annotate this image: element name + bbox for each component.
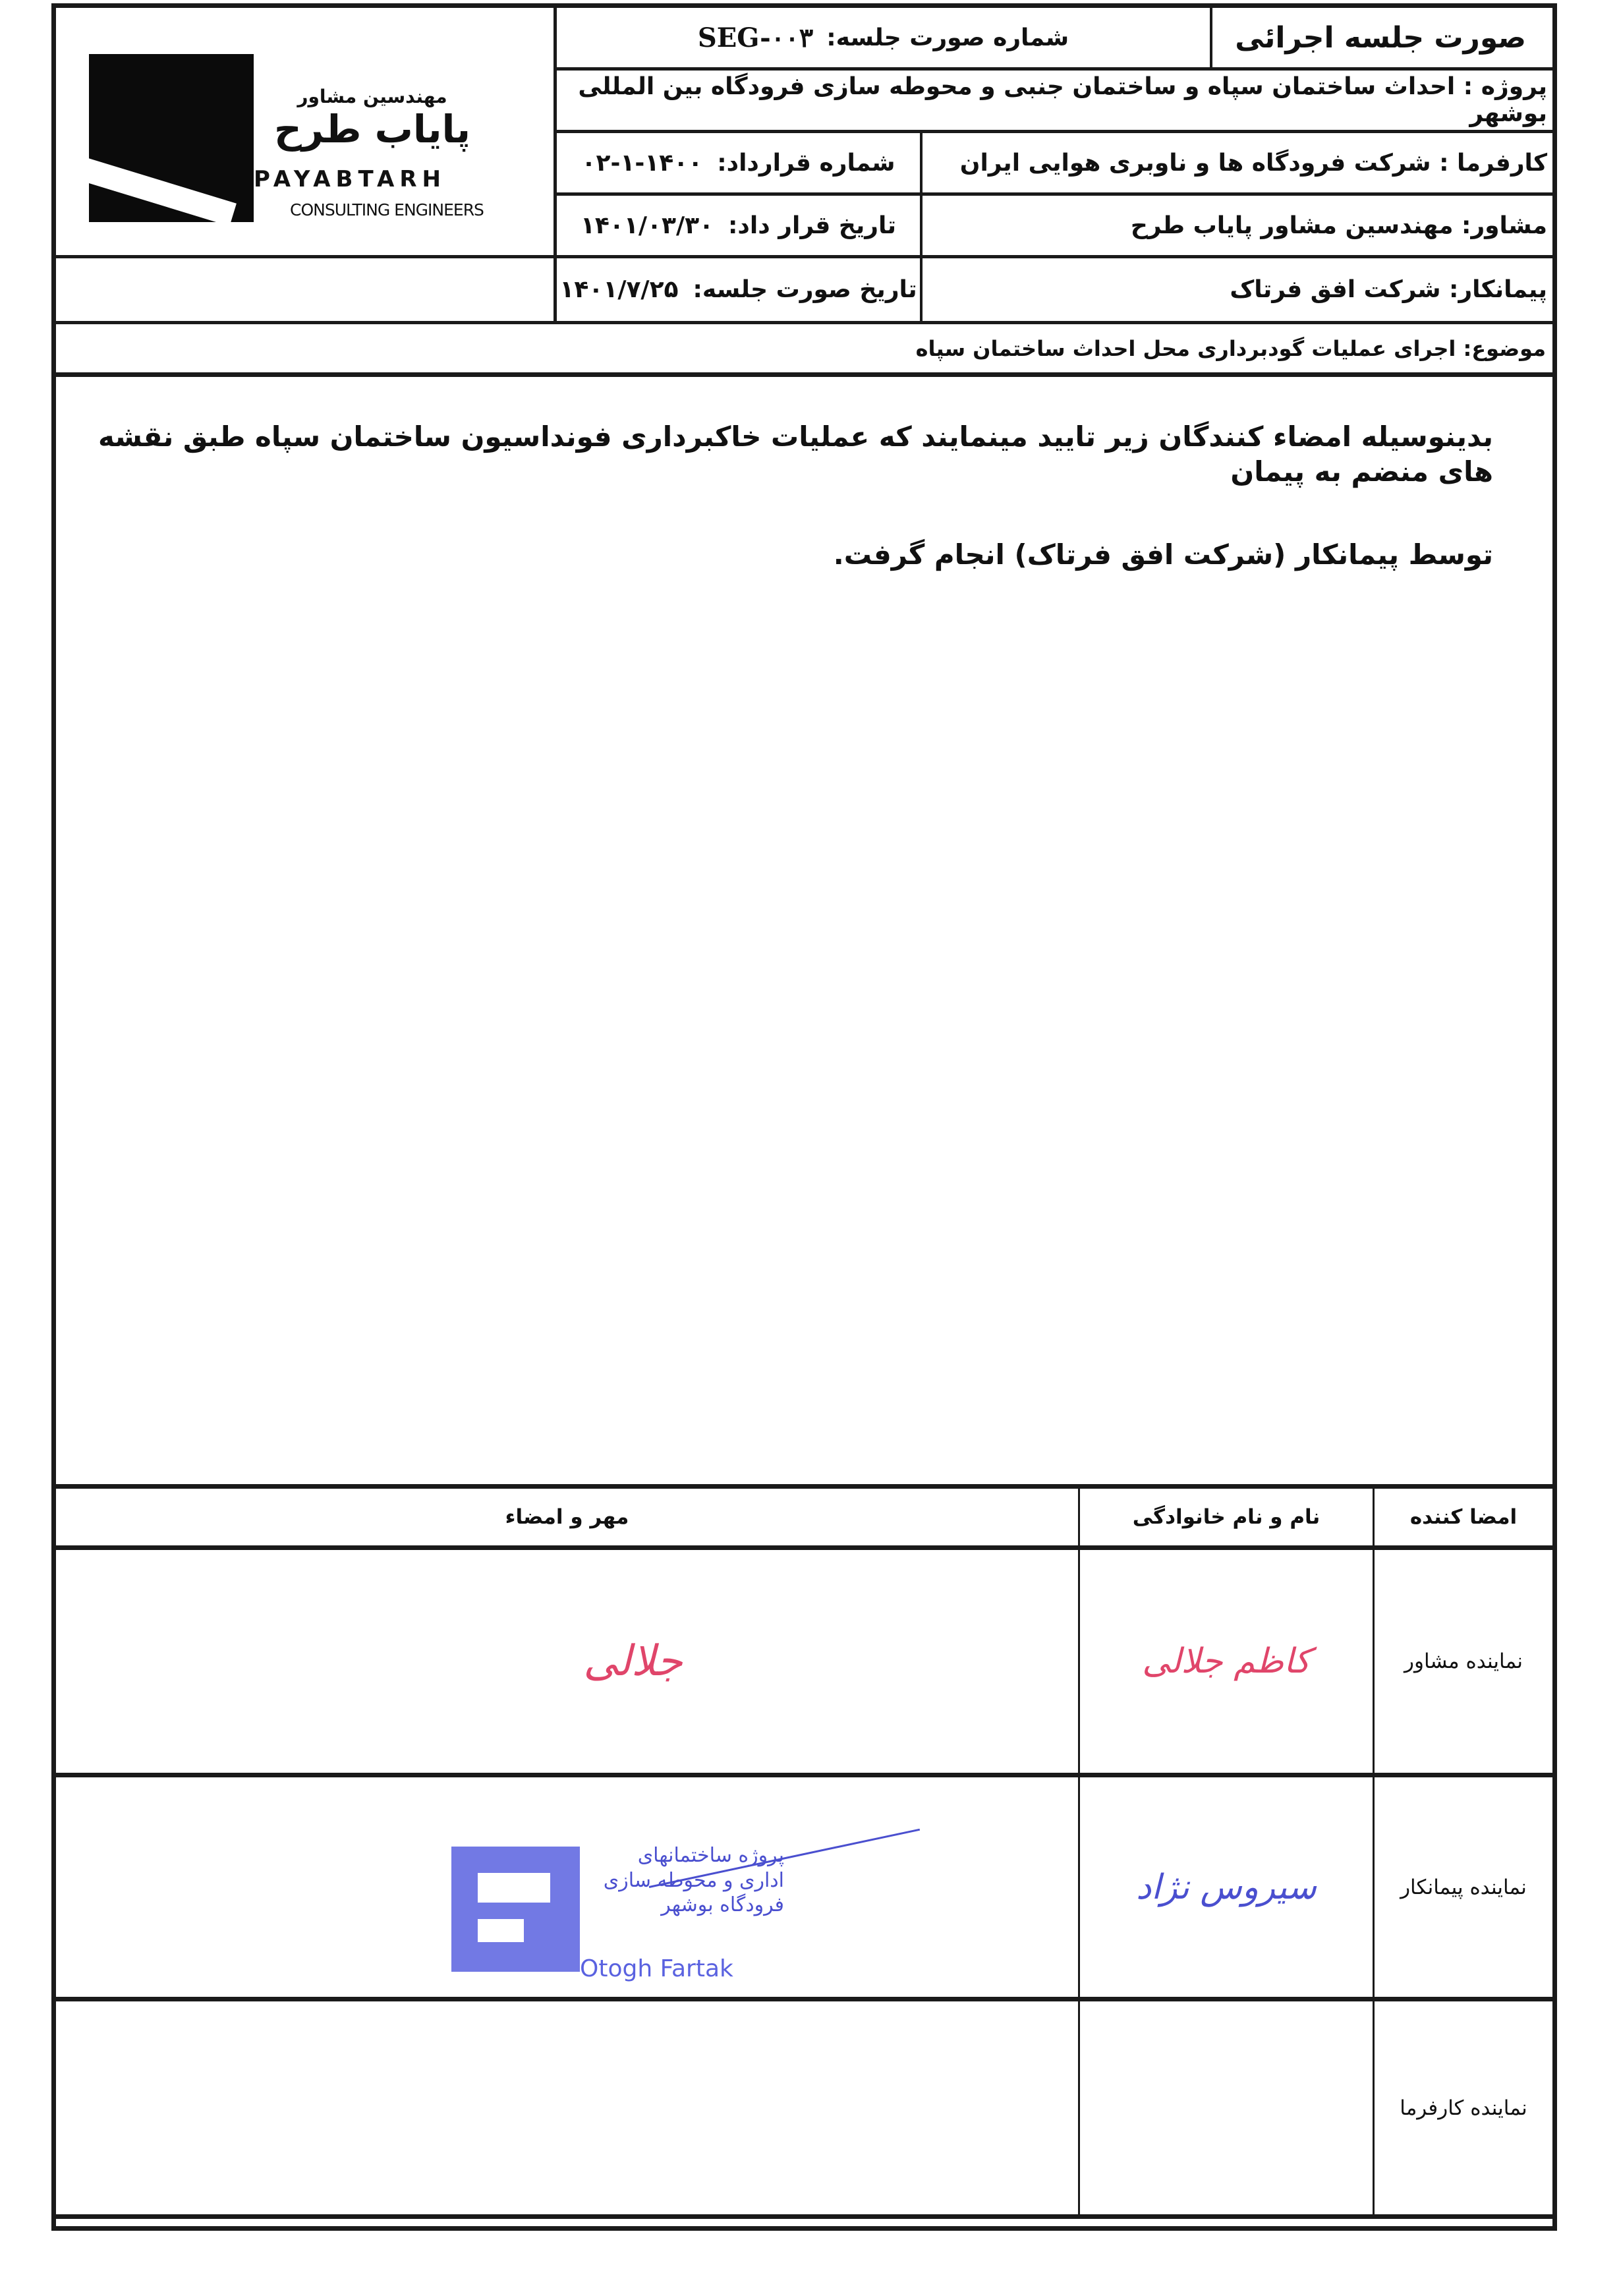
name-cell bbox=[1078, 2001, 1375, 2214]
signature-table: امضا کننده نام و نام خانوادگی مهر و امضا… bbox=[56, 1484, 1552, 2231]
role-label: نماینده پیمانکار bbox=[1375, 1777, 1552, 1997]
header-row-project: پروژه : احداث ساختمان سپاه و ساختمان جنب… bbox=[557, 71, 1552, 133]
minutes-number-label: شماره صورت جلسه: bbox=[826, 24, 1069, 51]
header-row-contractor: پیمانکار: شرکت افق فرتاک تاریخ صورت جلسه… bbox=[557, 258, 1552, 321]
contractor-name: پیمانکار: شرکت افق فرتاک bbox=[920, 258, 1552, 321]
minutes-form: مهندسین مشاور پایاب طرح PAYABTARH CONSUL… bbox=[51, 3, 1557, 2231]
stamp-line: فرودگاه بوشهر bbox=[586, 1893, 784, 1918]
signature-table-header: امضا کننده نام و نام خانوادگی مهر و امضا… bbox=[56, 1484, 1552, 1550]
name-cell: سیروس نژاد bbox=[1078, 1777, 1375, 1997]
employer-name: کارفرما : شرکت فرودگاه ها و ناوبری هوایی… bbox=[920, 133, 1552, 192]
stamp-english-name: Otogh Fartak bbox=[580, 1955, 733, 1982]
handwritten-name: کاظم جلالی bbox=[1142, 1642, 1310, 1681]
logo-persian-name: پایاب طرح bbox=[273, 107, 471, 152]
project-name: پروژه : احداث ساختمان سپاه و ساختمان جنب… bbox=[557, 71, 1552, 130]
header-full-name: نام و نام خانوادگی bbox=[1078, 1489, 1375, 1545]
contract-number: شماره قرارداد: ۰۲-۱-۱۴۰۰ bbox=[557, 133, 920, 192]
sign-cell: پروژه ساختمانهای اداری و محوطه سازی فرود… bbox=[56, 1777, 1078, 1997]
minutes-number-value: SEG-۰۰۳ bbox=[698, 22, 813, 53]
logo-blank-cell bbox=[56, 258, 557, 321]
form-header: مهندسین مشاور پایاب طرح PAYABTARH CONSUL… bbox=[56, 8, 1552, 321]
body-paragraph-line2: توسط پیمانکار (شرکت افق فرتاک) انجام گرف… bbox=[76, 538, 1493, 571]
header-signer: امضا کننده bbox=[1375, 1489, 1552, 1545]
signature-row-employer: نماینده کارفرما bbox=[56, 2001, 1552, 2219]
logo-english-subtitle: CONSULTING ENGINEERS bbox=[290, 200, 484, 219]
logo-persian-subtitle: مهندسین مشاور bbox=[273, 86, 471, 107]
header-row-title: صورت جلسه اجرائی شماره صورت جلسه: SEG-۰۰… bbox=[557, 8, 1552, 71]
body-paragraph-line1: بدینوسیله امضاء کنندگان زیر تایید مینمای… bbox=[76, 420, 1493, 489]
company-stamp: پروژه ساختمانهای اداری و محوطه سازی فرود… bbox=[451, 1823, 820, 1968]
minutes-date: تاریخ صورت جلسه: ۱۴۰۱/۷/۲۵ bbox=[557, 258, 920, 321]
minutes-number: شماره صورت جلسه: SEG-۰۰۳ bbox=[557, 8, 1210, 67]
sign-cell: جلالی bbox=[56, 1550, 1078, 1773]
name-cell: کاظم جلالی bbox=[1078, 1550, 1375, 1773]
role-label: نماینده کارفرما bbox=[1375, 2001, 1552, 2214]
sign-cell bbox=[56, 2001, 1078, 2214]
header-row-employer: کارفرما : شرکت فرودگاه ها و ناوبری هوایی… bbox=[557, 133, 1552, 196]
stamp-logo-icon bbox=[451, 1847, 580, 1972]
payabtarh-logo-icon bbox=[89, 54, 254, 222]
role-label: نماینده مشاور bbox=[1375, 1550, 1552, 1773]
logo-english-name: PAYABTARH bbox=[254, 166, 446, 192]
signature-row-contractor: نماینده پیمانکار سیروس نژاد پروژه ساختما… bbox=[56, 1777, 1552, 2001]
form-title: صورت جلسه اجرائی bbox=[1210, 8, 1552, 67]
minutes-date-label: تاریخ صورت جلسه: bbox=[693, 276, 917, 303]
subject-line: موضوع: اجرای عملیات گودبرداری محل احداث … bbox=[56, 321, 1552, 377]
logo-area: مهندسین مشاور پایاب طرح PAYABTARH CONSUL… bbox=[56, 8, 557, 258]
contract-date: تاریخ قرار داد: ۱۴۰۱/۰۳/۳۰ bbox=[557, 196, 920, 255]
handwritten-name: سیروس نژاد bbox=[1136, 1868, 1317, 1907]
signature-scribble: جلالی bbox=[583, 1637, 683, 1686]
header-row-consultant: مشاور: مهندسین مشاور پایاب طرح تاریخ قرا… bbox=[557, 196, 1552, 258]
signature-row-consultant: نماینده مشاور کاظم جلالی جلالی bbox=[56, 1550, 1552, 1777]
consultant-name: مشاور: مهندسین مشاور پایاب طرح bbox=[920, 196, 1552, 255]
header-stamp-signature: مهر و امضاء bbox=[56, 1489, 1078, 1545]
contract-number-label: شماره قرارداد: bbox=[717, 150, 895, 177]
minutes-date-value: ۱۴۰۱/۷/۲۵ bbox=[559, 276, 678, 303]
contract-number-value: ۰۲-۱-۱۴۰۰ bbox=[582, 150, 703, 177]
contract-date-value: ۱۴۰۱/۰۳/۳۰ bbox=[581, 212, 714, 239]
contract-date-label: تاریخ قرار داد: bbox=[728, 212, 896, 239]
